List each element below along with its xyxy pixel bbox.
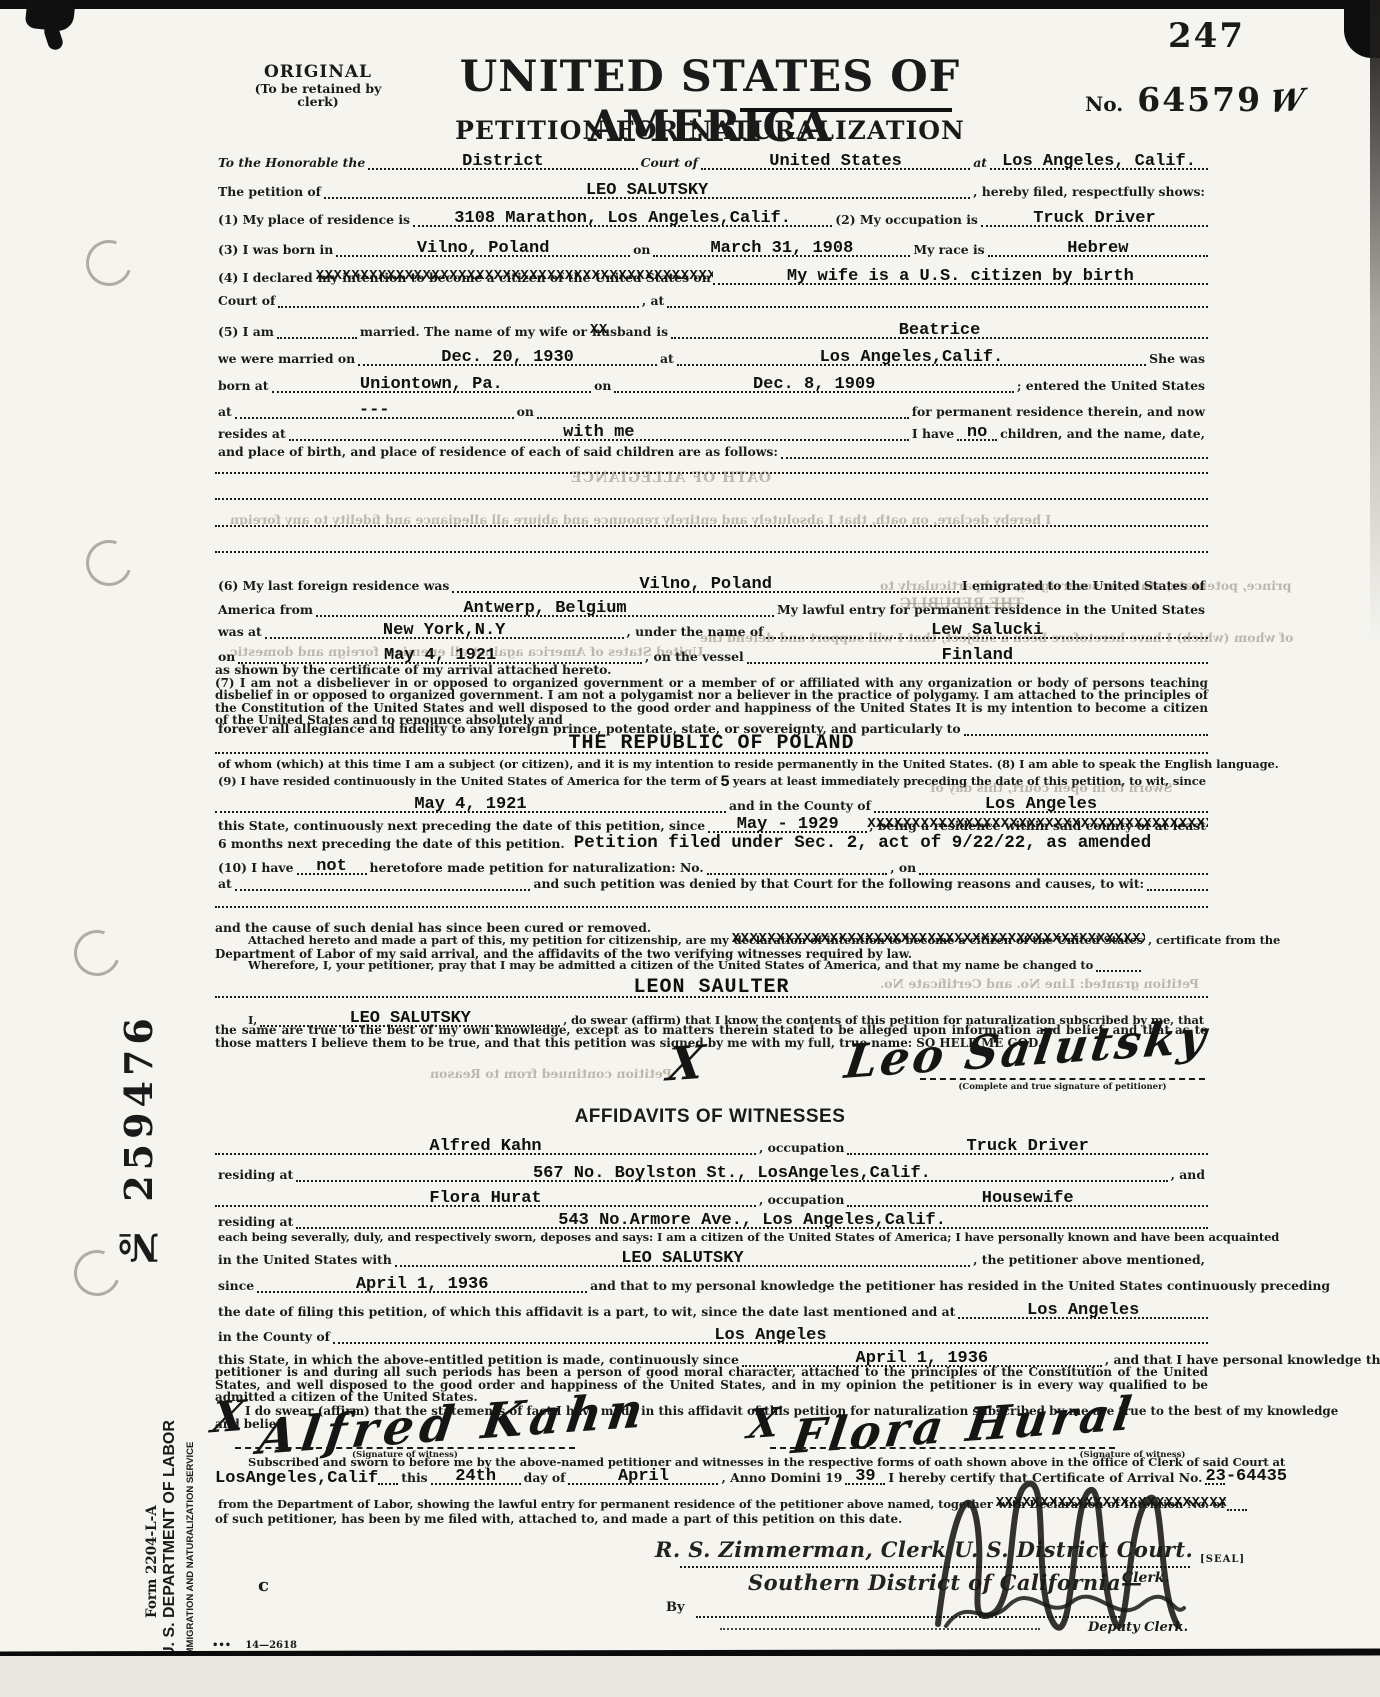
label: (4) I declared xyxy=(215,271,316,285)
filing-line: the date of filing this petition, of whi… xyxy=(215,1300,1208,1319)
label: on xyxy=(630,243,653,257)
label: each being severally, duly, and respecti… xyxy=(215,1231,1282,1244)
overtype-x: XXXXXXXXXXXXXXXXXXXXXXXXXXXXXXXXXXXXXXXX… xyxy=(732,932,1145,947)
scan-right-edge xyxy=(1370,0,1380,640)
scan-top-edge xyxy=(0,0,1380,9)
punch-hole xyxy=(78,232,139,293)
struck-printed-text: husbandXX xyxy=(590,325,653,339)
spouse-birth-line: born at Uniontown, Pa. on Dec. 8, 1909 ;… xyxy=(215,374,1208,393)
label: this State, continuously next preceding … xyxy=(215,819,708,833)
field-blank xyxy=(919,873,1208,875)
field-allegiance-to: THE REPUBLIC OF POLAND xyxy=(215,732,1208,754)
field-birthdate: March 31, 1908 xyxy=(653,238,910,257)
field-blank xyxy=(277,337,357,339)
field-children-count: no xyxy=(957,422,997,441)
field-known-since: April 1, 1936 xyxy=(257,1274,587,1293)
field-declaration-note: My wife is a U.S. citizen by birth xyxy=(713,266,1208,285)
label: (3) I was born in xyxy=(215,243,336,257)
certificate-note: as shown by the certificate of my arriva… xyxy=(215,662,611,677)
known-since-line: since April 1, 1936 and that to my perso… xyxy=(215,1274,1208,1293)
label: this xyxy=(398,1471,430,1485)
label: (9) I have resided continuously in the U… xyxy=(215,775,720,788)
label: America from xyxy=(215,603,316,617)
field-court-place: Los Angeles, Calif. xyxy=(990,151,1208,170)
label: in the United States with xyxy=(215,1253,395,1267)
label: (10) I have xyxy=(215,861,297,875)
label: married. The name of my wife or xyxy=(357,325,590,339)
declaration-line: (4) I declared my intention to become a … xyxy=(215,266,1208,285)
label: To the Honorable the xyxy=(215,156,368,170)
label: and in the County of xyxy=(726,799,874,813)
label: I have xyxy=(909,427,957,441)
form-number: Form 2204-L-A xyxy=(144,1398,160,1618)
label: , at xyxy=(639,294,667,308)
ghost-continued: Petition continued from to Reason xyxy=(430,1066,672,1081)
punch-hole xyxy=(78,532,139,593)
overtype-x: XX xyxy=(590,323,653,338)
field-blank xyxy=(378,1483,398,1485)
court-line: To the Honorable the District Court of U… xyxy=(215,151,1208,170)
title-underline xyxy=(740,108,952,112)
label: years at least immediately preceding the… xyxy=(730,775,1209,788)
label: since xyxy=(215,1279,257,1293)
label: She was xyxy=(1146,352,1208,366)
label: at xyxy=(970,156,990,170)
no-label: No. xyxy=(1085,92,1123,116)
label: Attached hereto and made a part of this,… xyxy=(245,934,732,947)
children-line: and place of birth, and place of residen… xyxy=(215,445,1208,459)
print-code-prefix: ••• xyxy=(212,1640,231,1651)
label: born at xyxy=(215,379,272,393)
witness-county-line: in the County of Los Angeles xyxy=(215,1325,1208,1344)
prior-petition-line: (10) I have not heretofore made petition… xyxy=(215,856,1208,875)
republic-line: THE REPUBLIC OF POLAND xyxy=(215,732,1208,754)
print-code: 14—2618 xyxy=(245,1640,297,1651)
emigrated-line: America from Antwerp, Belgium My lawful … xyxy=(215,598,1208,617)
c-mark: c xyxy=(258,1575,269,1596)
label: (6) My last foreign residence was xyxy=(215,579,452,593)
field-witness1-name: Alfred Kahn xyxy=(215,1136,756,1155)
label: , hereby filed, respectfully shows: xyxy=(970,185,1208,199)
court-of-line: Court of , at xyxy=(215,294,1208,308)
new-name-line: LEON SAULTER xyxy=(215,976,1208,998)
field-vessel: Finland xyxy=(747,645,1208,664)
label: 6 months next preceding the date of this… xyxy=(215,837,568,851)
label: day of xyxy=(521,1471,569,1485)
by-label: By xyxy=(666,1600,685,1615)
handwritten-x-mark: X xyxy=(664,1034,707,1091)
label: ; entered the United States xyxy=(1014,379,1208,393)
field-blank xyxy=(1147,889,1208,891)
label: My lawful entry for permanent residence … xyxy=(774,603,1208,617)
field-residence: 3108 Marathon, Los Angeles,Calif. xyxy=(413,208,832,227)
petition-number: 64579 xyxy=(1137,80,1262,119)
signature-rule xyxy=(920,1078,1205,1080)
field-filing-note: Petition filed under Sec. 2, act of 9/22… xyxy=(574,835,1152,853)
label: at xyxy=(215,877,235,891)
field-month: April xyxy=(568,1466,718,1485)
field-witness1-occupation: Truck Driver xyxy=(847,1136,1208,1155)
field-day: 24th xyxy=(431,1466,521,1485)
field-acquainted-with: LEO SALUTSKY xyxy=(395,1248,970,1267)
field-year: 39 xyxy=(845,1466,885,1485)
field-blank xyxy=(1227,1509,1247,1511)
label: residing at xyxy=(215,1215,296,1229)
label: is xyxy=(653,325,671,339)
label: , Anno Domini 19 xyxy=(718,1471,845,1485)
page-number: 247 xyxy=(1168,16,1245,56)
field-clerk-place: LosAngeles,Calif xyxy=(215,1470,378,1487)
label: , occupation xyxy=(756,1141,847,1155)
handwritten-x-mark: X xyxy=(209,1391,248,1443)
label: children, and the name, date, xyxy=(997,427,1208,441)
attached-line: Attached hereto and made a part of this,… xyxy=(215,934,1208,947)
field-last-foreign-residence: Vilno, Poland xyxy=(452,574,958,593)
field-spouse-name: Beatrice xyxy=(671,320,1208,339)
residence-since-line: May 4, 1921 and in the County of Los Ang… xyxy=(215,794,1208,813)
label: at xyxy=(657,352,677,366)
witness1-line: Alfred Kahn , occupation Truck Driver xyxy=(215,1136,1208,1155)
field-term-years: 5 xyxy=(720,774,730,790)
struck-printed-text: , being a residence within said county o… xyxy=(867,819,1208,833)
witness1-residence-line: residing at 567 No. Boylston St., LosAng… xyxy=(215,1163,1208,1182)
field-blank xyxy=(707,873,888,875)
petition-for-naturalization-document: 247 ORIGINAL (To be retained by clerk) U… xyxy=(0,0,1380,1697)
label: (1) My place of residence is xyxy=(215,213,413,227)
field-blank xyxy=(215,551,1208,553)
denied-line: at and such petition was denied by that … xyxy=(215,877,1208,891)
label: for permanent residence therein, and now xyxy=(909,405,1208,419)
struck-printed-text: my intention to become a citizen of the … xyxy=(316,271,713,285)
field-witness-county: Los Angeles xyxy=(333,1325,1208,1344)
label: was at xyxy=(215,625,265,639)
affidavits-title: AFFIDAVITS OF WITNESSES xyxy=(380,1106,1040,1128)
dotted-rule xyxy=(215,498,1208,500)
label: I emigrated to the United States of xyxy=(959,579,1208,593)
field-witness1-residence: 567 No. Boylston St., LosAngeles,Calif. xyxy=(296,1163,1167,1182)
birth-line: (3) I was born in Vilno, Poland on March… xyxy=(215,238,1208,257)
field-blank xyxy=(781,457,1208,459)
witness-paragraph-1: each being severally, duly, and respecti… xyxy=(215,1231,1208,1244)
field-petitioner-name: LEO SALUTSKY xyxy=(324,180,970,199)
dotted-rule xyxy=(215,906,1208,908)
petitioner-line: The petition of LEO SALUTSKY , hereby fi… xyxy=(215,180,1208,199)
label: (5) I am xyxy=(215,325,277,339)
original-title: ORIGINAL xyxy=(238,62,398,82)
witness2-residence-line: residing at 543 No.Armore Ave., Los Ange… xyxy=(215,1210,1208,1229)
dotted-rule xyxy=(215,551,1208,553)
field-new-name: LEON SAULTER xyxy=(215,976,1208,998)
field-entry-name: Lew Salucki xyxy=(766,620,1208,639)
field-spouse-birthplace: Uniontown, Pa. xyxy=(272,374,592,393)
label: on xyxy=(514,405,537,419)
paragraph-7: (7) I am not a disbeliever in or opposed… xyxy=(215,677,1208,726)
department-label: U. S. DEPARTMENT OF LABOR xyxy=(161,1368,179,1658)
label: heretofore made petition for naturalizat… xyxy=(367,861,707,875)
label: Court of xyxy=(638,156,701,170)
document-subtitle: PETITION FOR NATURALIZATION xyxy=(380,116,1040,145)
label: from the Department of Labor, showing th… xyxy=(215,1498,996,1511)
label: residing at xyxy=(215,1168,296,1182)
scan-background xyxy=(0,1656,1380,1697)
struck-printed-text: declaration of intention to become a cit… xyxy=(732,934,1145,947)
signature-caption: (Complete and true signature of petition… xyxy=(920,1082,1205,1092)
state-since-line: this State, continuously next preceding … xyxy=(215,814,1208,833)
label: in the County of xyxy=(215,1330,333,1344)
field-court-type: District xyxy=(368,151,637,170)
field-spouse-residence: with me xyxy=(289,422,909,441)
marital-line: (5) I am married. The name of my wife or… xyxy=(215,320,1208,339)
port-line: was at New York,N.Y , under the name of … xyxy=(215,620,1208,639)
marriage-date-line: we were married on Dec. 20, 1930 at Los … xyxy=(215,347,1208,366)
print-code-block: ••• 14—2618 xyxy=(212,1640,297,1651)
overtype-x: XXXXXXXXXXXXXXXXXXXXXXXXXXXXXXXXXXXXXXXX… xyxy=(316,269,713,284)
label: and such petition was denied by that Cou… xyxy=(530,877,1147,891)
handwritten-x-mark: X xyxy=(745,1399,783,1449)
field-birthplace: Vilno, Poland xyxy=(336,238,630,257)
wherefore-line: Wherefore, I, your petitioner, pray that… xyxy=(215,959,1208,972)
entry-line: at --- on for permanent residence therei… xyxy=(215,400,1208,419)
field-entry-place: --- xyxy=(235,400,514,419)
paragraph-8: of whom (which) at this time I am a subj… xyxy=(215,758,1208,771)
label: , on xyxy=(887,861,919,875)
field-prior-not: not xyxy=(297,856,367,875)
label: , on the vessel xyxy=(642,650,747,664)
petition-number-block: No. 64579 W xyxy=(1085,80,1304,119)
label: , under the name of xyxy=(624,625,767,639)
label: , and xyxy=(1168,1168,1208,1182)
original-label: ORIGINAL (To be retained by clerk) xyxy=(238,62,398,108)
department-line-2: of such petitioner, has been by me filed… xyxy=(215,1512,902,1526)
field-blank xyxy=(215,498,1208,500)
label: My race is xyxy=(910,243,987,257)
label: resides at xyxy=(215,427,289,441)
document-stamp-number: № 259476 xyxy=(116,880,161,1270)
label: and place of birth, and place of residen… xyxy=(215,445,781,459)
resides-line: resides at with me I have no children, a… xyxy=(215,422,1208,441)
label: the date of filing this petition, of whi… xyxy=(215,1305,958,1319)
field-blank xyxy=(235,889,531,891)
ghost-oath-line: I hereby declare, on oath, that I absolu… xyxy=(230,512,1051,527)
field-county: Los Angeles xyxy=(874,794,1208,813)
field-marriage-place: Los Angeles,Calif. xyxy=(677,347,1146,366)
months-line: 6 months next preceding the date of this… xyxy=(215,833,1208,851)
label: Wherefore, I, your petitioner, pray that… xyxy=(245,959,1096,972)
label: , certificate from the xyxy=(1145,934,1283,947)
field-state-since: May - 1929 xyxy=(708,814,867,833)
field-resided-since: May 4, 1921 xyxy=(215,794,726,813)
witness2-line: Flora Hurat , occupation Housewife xyxy=(215,1188,1208,1207)
field-blank xyxy=(215,906,1208,908)
field-court-of: United States xyxy=(701,151,970,170)
field-occupation: Truck Driver xyxy=(981,208,1208,227)
field-witness2-name: Flora Hurat xyxy=(215,1188,756,1207)
label: , occupation xyxy=(756,1193,847,1207)
service-label: IMMIGRATION AND NATURALIZATION SERVICE xyxy=(185,1368,196,1658)
deputy-signature-scribble xyxy=(940,1588,1190,1634)
label: on xyxy=(591,379,614,393)
label: (2) My occupation is xyxy=(832,213,981,227)
label: , the petitioner above mentioned, xyxy=(970,1253,1208,1267)
original-subtitle: (To be retained by clerk) xyxy=(238,82,398,108)
label: Court of xyxy=(215,294,278,308)
label: at xyxy=(215,405,235,419)
overtype-x: XXXXXXXXXXXXXXXXXXXXXXXXXXXXXXXXXXXXXXX xyxy=(867,817,1208,832)
witness2-signature-rule xyxy=(770,1447,1115,1449)
field-filing-place: Los Angeles xyxy=(958,1300,1208,1319)
field-witness2-residence: 543 No.Armore Ave., Los Angeles,Calif. xyxy=(296,1210,1208,1229)
label: The petition of xyxy=(215,185,324,199)
label: we were married on xyxy=(215,352,358,366)
field-marriage-date: Dec. 20, 1930 xyxy=(358,347,657,366)
acquainted-line: in the United States with LEO SALUTSKY ,… xyxy=(215,1248,1208,1267)
field-witness2-occupation: Housewife xyxy=(847,1188,1208,1207)
label: and that to my personal knowledge the pe… xyxy=(587,1279,1333,1293)
field-spouse-birthdate: Dec. 8, 1909 xyxy=(614,374,1014,393)
handwritten-annotation: W xyxy=(1268,83,1307,121)
field-blank xyxy=(1096,970,1141,972)
field-emigrated-from: Antwerp, Belgium xyxy=(316,598,774,617)
witness1-signature-rule xyxy=(235,1447,575,1449)
ghost-oath-heading: OATH OF ALLEGIANCE xyxy=(570,470,771,486)
foreign-residence-line: (6) My last foreign residence was Vilno,… xyxy=(215,574,1208,593)
field-race: Hebrew xyxy=(988,238,1208,257)
field-entry-port: New York,N.Y xyxy=(265,620,624,639)
field-blank xyxy=(278,306,639,308)
field-blank xyxy=(667,306,1208,308)
residence-line: (1) My place of residence is 3108 Marath… xyxy=(215,208,1208,227)
paragraph-9: (9) I have resided continuously in the U… xyxy=(215,772,1208,788)
label: of whom (which) at this time I am a subj… xyxy=(215,758,1282,771)
field-blank xyxy=(537,417,909,419)
